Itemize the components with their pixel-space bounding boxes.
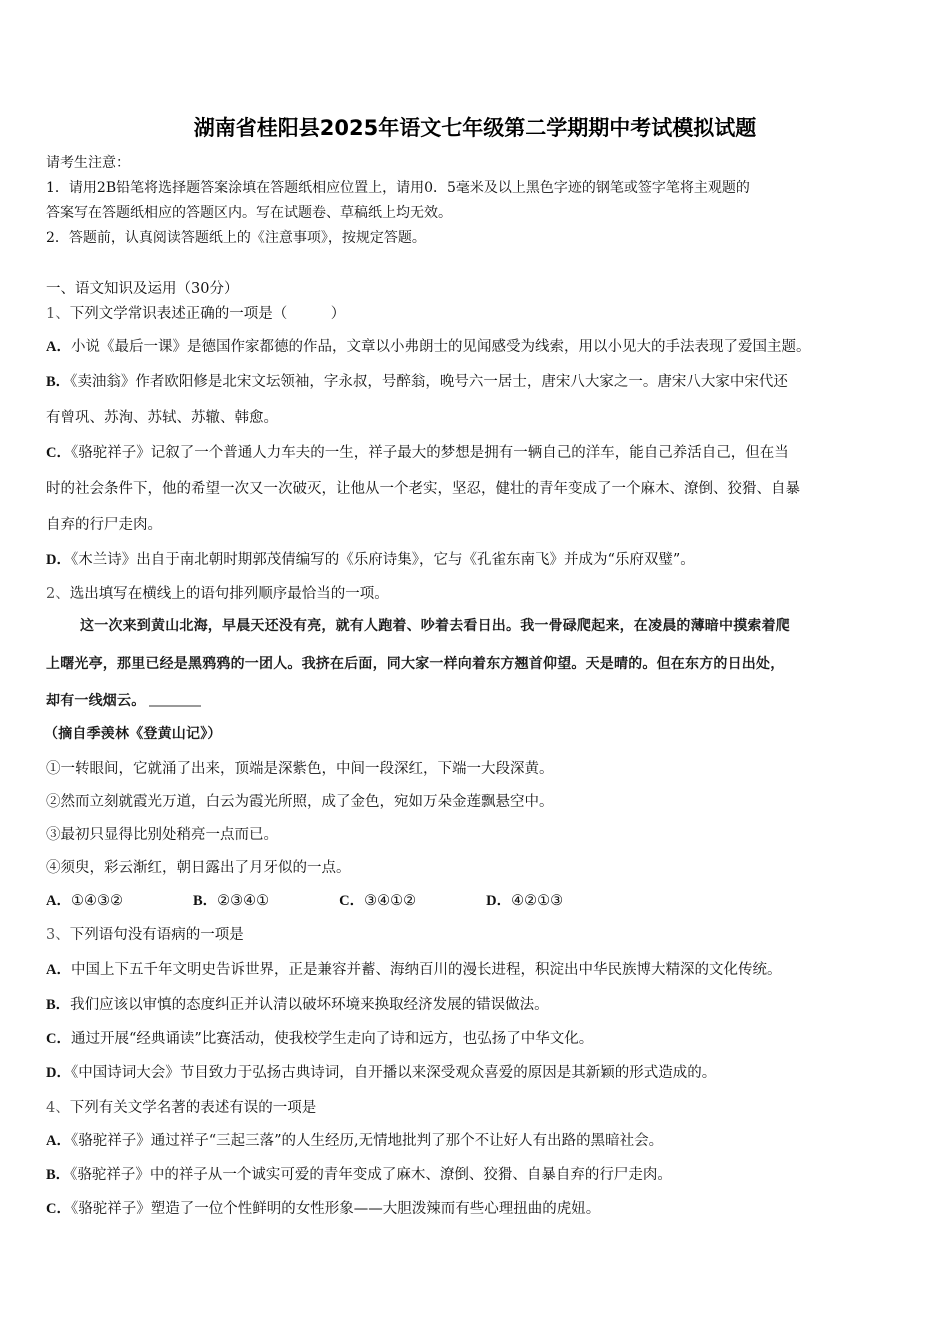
fill-in-blank [149,695,201,707]
option-letter: C． [46,445,71,461]
question-3-stem: 3、下列语句没有语病的一项是 [46,923,244,944]
option-text: 《骆驼祥子》中的祥子从一个诚实可爱的青年变成了麻木、潦倒、狡猾、自暴自弃的行尸走… [70,1167,672,1183]
q2-choice-c: C．③④①② [339,889,416,910]
passage-line-1: 这一次来到黄山北海，早晨天还没有亮，就有人跑着、吵着去看日出。我一骨碌爬起来，在… [80,615,790,635]
passage-source: （摘自季羡林《登黄山记》） [44,723,222,743]
option-letter: C． [46,1031,71,1047]
q2-choice-a: A．①④③② [46,889,123,910]
q2-choices: A．①④③② B．②③④① C．③④①② D．④②①③ [46,889,563,910]
notice-item-1-line-2: 答案写在答题纸相应的答题区内。写在试题卷、草稿纸上均无效。 [46,202,452,222]
passage-text: 却有一线烟云。 [46,693,145,709]
option-text: 《卖油翁》作者欧阳修是北宋文坛领袖，字永叔，号醉翁，晚号六一居士，唐宋八大家之一… [70,374,788,390]
question-text: 选出填写在横线上的语句排列顺序最恰当的一项。 [70,586,389,602]
q4-option-c: C．《骆驼祥子》塑造了一位个性鲜明的女性形象——大胆泼辣而有些心理扭曲的虎妞。 [46,1197,600,1218]
sentence-4: ④须臾，彩云渐红，朝日露出了月牙似的一点。 [46,856,351,877]
sentence-1: ①一转眼间，它就涌了出来，顶端是深紫色，中间一段深红，下端一大段深黄。 [46,757,554,778]
q1-option-c: C．《骆驼祥子》记叙了一个普通人力车夫的一生，祥子最大的梦想是拥有一辆自己的洋车… [46,441,789,462]
q1-option-a: A．小说《最后一课》是德国作家都德的作品，文章以小弗朗士的见闻感受为线索，用以小… [46,335,810,356]
q1-option-d: D．《木兰诗》出自于南北朝时期郭茂倩编写的《乐府诗集》，它与《孔雀东南飞》并成为… [46,548,695,569]
q1-option-c-cont-2: 自弃的行尸走肉。 [46,513,162,534]
option-text: 我们应该以审慎的态度纠正并认清以破坏环境来换取经济发展的错误做法。 [70,997,549,1013]
q3-option-d: D．《中国诗词大会》节目致力于弘扬古典诗词，自开播以来深受观众喜爱的原因是其新颖… [46,1061,716,1082]
option-letter: B． [46,1167,70,1183]
question-text: 下列有关文学名著的表述有误的一项是 [70,1100,317,1116]
question-4-stem: 4、下列有关文学名著的表述有误的一项是 [46,1096,316,1117]
sentence-2: ②然而立刻就霞光万道，白云为霞光所照，成了金色，宛如万朵金莲飘悬空中。 [46,790,554,811]
option-letter: B． [46,374,70,390]
question-number: 4、 [46,1100,70,1116]
q4-option-a: A．《骆驼祥子》通过祥子“三起三落”的人生经历,无情地批判了那个不让好人有出路的… [46,1129,663,1150]
notice-heading: 请考生注意： [46,152,130,172]
passage-line-2: 上曙光亭，那里已经是黑鸦鸦的一团人。我挤在后面，同大家一样向着东方翘首仰望。天是… [46,653,784,673]
question-2-stem: 2、选出填写在横线上的语句排列顺序最恰当的一项。 [46,582,389,603]
q2-choice-d: D．④②①③ [486,889,563,910]
option-letter: A． [46,339,71,355]
option-letter: C． [46,1201,71,1217]
option-letter: D． [46,552,71,568]
option-text: ②③④① [217,893,269,909]
option-letter: B． [193,893,217,909]
option-letter: C． [339,893,364,909]
q1-option-b-cont: 有曾巩、苏洵、苏轼、苏辙、韩愈。 [46,406,278,427]
question-text: 下列文学常识表述正确的一项是（ ） [70,306,346,322]
q4-option-b: B．《骆驼祥子》中的祥子从一个诚实可爱的青年变成了麻木、潦倒、狡猾、自暴自弃的行… [46,1163,672,1184]
option-letter: D． [486,893,511,909]
option-letter: D． [46,1065,71,1081]
option-text: 小说《最后一课》是德国作家都德的作品，文章以小弗朗士的见闻感受为线索，用以小见大… [71,339,811,355]
sentence-3: ③最初只显得比别处稍亮一点而已。 [46,823,278,844]
q2-choice-b: B．②③④① [193,889,269,910]
question-number: 1、 [46,306,70,322]
passage-line-3: 却有一线烟云。 [46,690,201,710]
option-text: 《骆驼祥子》记叙了一个普通人力车夫的一生，祥子最大的梦想是拥有一辆自己的洋车，能… [71,445,789,461]
option-text: 《中国诗词大会》节目致力于弘扬古典诗词，自开播以来深受观众喜爱的原因是其新颖的形… [71,1065,716,1081]
option-letter: B． [46,997,70,1013]
q1-option-b: B．《卖油翁》作者欧阳修是北宋文坛领袖，字永叔，号醉翁，晚号六一居士，唐宋八大家… [46,370,788,391]
exam-page: 湖南省桂阳县2025年语文七年级第二学期期中考试模拟试题 请考生注意： 1．请用… [0,0,950,1344]
notice-item-1-line-1: 1．请用2B铅笔将选择题答案涂填在答题纸相应位置上，请用0．5毫米及以上黑色字迹… [46,177,750,197]
option-text: ④②①③ [511,893,563,909]
option-letter: A． [46,1133,71,1149]
option-text: 《骆驼祥子》通过祥子“三起三落”的人生经历,无情地批判了那个不让好人有出路的黑暗… [71,1133,663,1149]
q3-option-c: C．通过开展“经典诵读”比赛活动，使我校学生走向了诗和远方，也弘扬了中华文化。 [46,1027,593,1048]
question-text: 下列语句没有语病的一项是 [70,927,244,943]
option-letter: A． [46,893,71,909]
option-text: 中国上下五千年文明史告诉世界，正是兼容并蓄、海纳百川的漫长进程，积淀出中华民族博… [71,962,782,978]
section-heading: 一、语文知识及运用（30分） [46,277,238,298]
notice-item-2: 2．答题前，认真阅读答题纸上的《注意事项》，按规定答题。 [46,227,426,247]
question-number: 2、 [46,586,70,602]
option-text: ①④③② [71,893,123,909]
option-text: ③④①② [364,893,416,909]
q1-option-c-cont-1: 时的社会条件下，他的希望一次又一次破灭，让他从一个老实，坚忍，健壮的青年变成了一… [46,477,800,498]
option-text: 《骆驼祥子》塑造了一位个性鲜明的女性形象——大胆泼辣而有些心理扭曲的虎妞。 [71,1201,600,1217]
option-letter: A． [46,962,71,978]
page-title: 湖南省桂阳县2025年语文七年级第二学期期中考试模拟试题 [0,112,950,142]
option-text: 《木兰诗》出自于南北朝时期郭茂倩编写的《乐府诗集》，它与《孔雀东南飞》并成为“乐… [71,552,695,568]
question-1-stem: 1、下列文学常识表述正确的一项是（ ） [46,302,345,323]
question-number: 3、 [46,927,70,943]
q3-option-b: B．我们应该以审慎的态度纠正并认清以破坏环境来换取经济发展的错误做法。 [46,993,549,1014]
q3-option-a: A．中国上下五千年文明史告诉世界，正是兼容并蓄、海纳百川的漫长进程，积淀出中华民… [46,958,781,979]
option-text: 通过开展“经典诵读”比赛活动，使我校学生走向了诗和远方，也弘扬了中华文化。 [71,1031,593,1047]
